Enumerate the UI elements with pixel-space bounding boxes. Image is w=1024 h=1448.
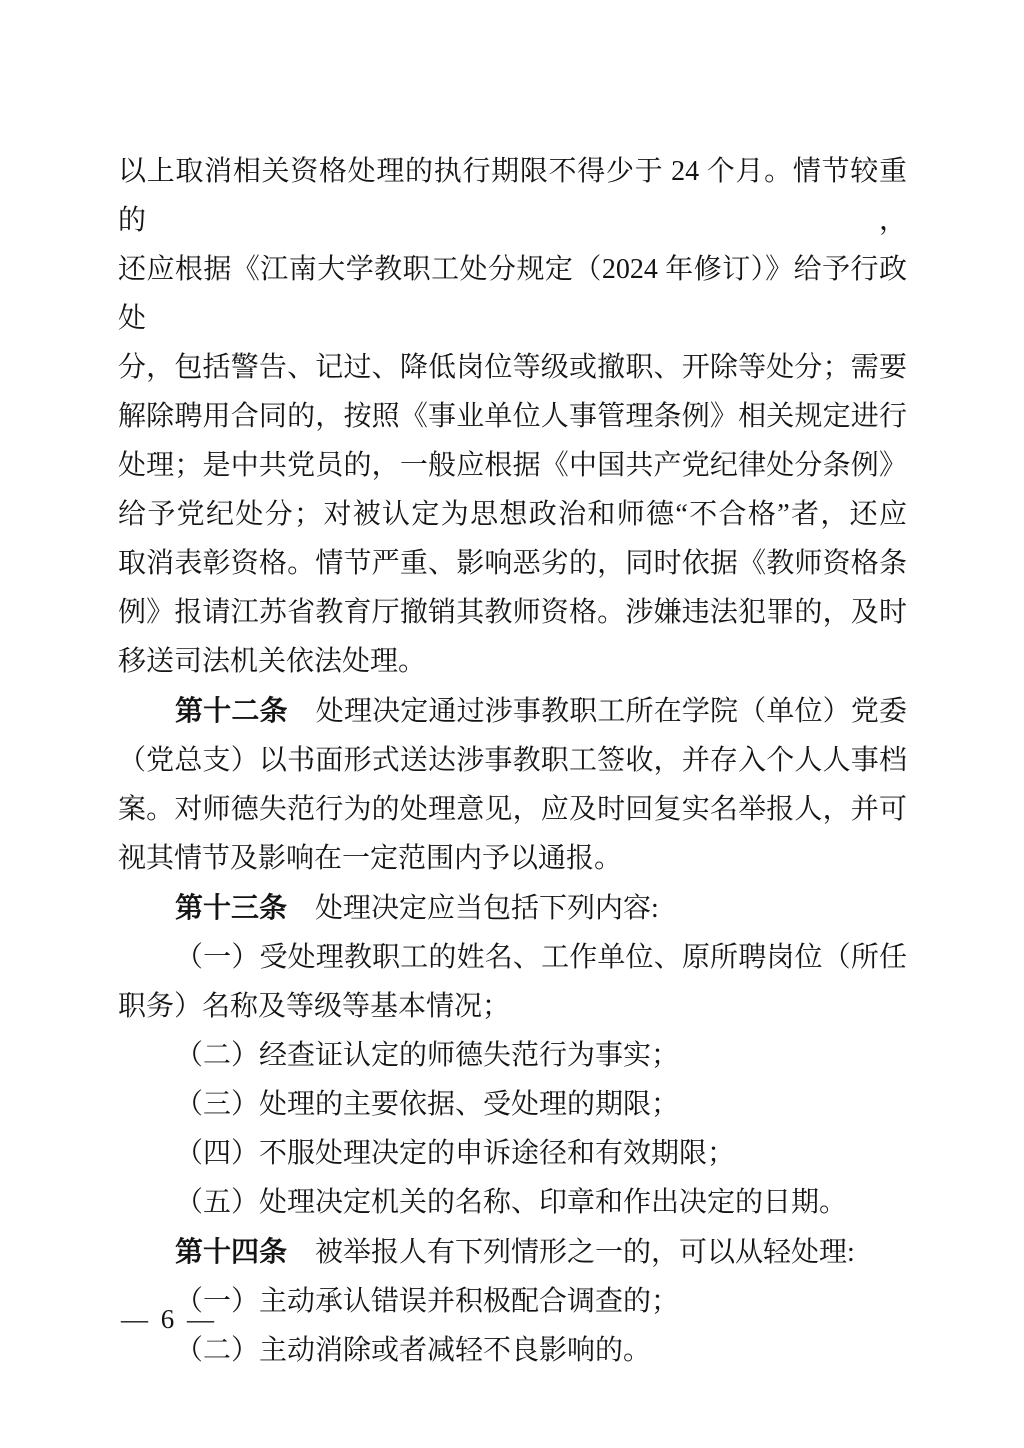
text-line: 例》报请江苏省教育厅撤销其教师资格。涉嫌违法犯罪的，及时 xyxy=(118,588,907,637)
text-segment: （党总支）以书面形式送达涉事教职工签收，并存入个人人事档 xyxy=(118,745,907,776)
text-segment: 例》报请江苏省教育厅撤销其教师资格。涉嫌违法犯罪的，及时 xyxy=(118,597,907,628)
document-page: 以上取消相关资格处理的执行期限不得少于 24 个月。情节较重的，还应根据《江南大… xyxy=(0,0,1024,1448)
text-segment: 以上取消相关资格处理的执行期限不得少于 24 个月。情节较重的， xyxy=(118,156,907,236)
text-line: （一）受处理教职工的姓名、工作单位、原所聘岗位（所任 xyxy=(118,933,907,982)
text-line: 分，包括警告、记过、降低岗位等级或撤职、开除等处分；需要 xyxy=(118,343,907,392)
text-line: 移送司法机关依法处理。 xyxy=(118,637,907,686)
text-line: 取消表彰资格。情节严重、影响恶劣的，同时依据《教师资格条 xyxy=(118,539,907,588)
text-line: 第十二条 处理决定通过涉事教职工所在学院（单位）党委 xyxy=(118,686,907,736)
text-segment: 解除聘用合同的，按照《事业单位人事管理条例》相关规定进行 xyxy=(118,401,907,432)
text-segment: 分，包括警告、记过、降低岗位等级或撤职、开除等处分；需要 xyxy=(118,352,907,383)
text-line: 第十四条 被举报人有下列情形之一的，可以从轻处理: xyxy=(118,1227,907,1277)
text-line: 给予党纪处分；对被认定为思想政治和师德“不合格”者，还应 xyxy=(118,490,907,539)
text-segment: （一）主动承认错误并积极配合调查的； xyxy=(175,1286,679,1317)
text-segment: （二）主动消除或者减轻不良影响的。 xyxy=(175,1335,651,1366)
text-segment: 还应根据《江南大学教职工处分规定（2024 年修订）》给予行政处 xyxy=(118,254,907,334)
text-line: 处理；是中共党员的，一般应根据《中国共产党纪律处分条例》 xyxy=(118,441,907,490)
text-segment: 取消表彰资格。情节严重、影响恶劣的，同时依据《教师资格条 xyxy=(118,548,907,579)
text-line: 第十三条 处理决定应当包括下列内容: xyxy=(118,883,907,933)
page-number: — 6 — xyxy=(121,1302,217,1336)
text-line: 案。对师德失范行为的处理意见，应及时回复实名举报人，并可 xyxy=(118,785,907,834)
text-segment: 给予党纪处分；对被认定为思想政治和师德“不合格”者，还应 xyxy=(118,499,907,530)
text-line: 解除聘用合同的，按照《事业单位人事管理条例》相关规定进行 xyxy=(118,392,907,441)
text-segment: 移送司法机关依法处理。 xyxy=(118,646,426,677)
text-segment: 视其情节及影响在一定范围内予以通报。 xyxy=(118,843,622,874)
text-line: 以上取消相关资格处理的执行期限不得少于 24 个月。情节较重的， xyxy=(118,147,907,245)
text-segment: 被举报人有下列情形之一的，可以从轻处理: xyxy=(287,1237,855,1268)
text-segment: 职务）名称及等级等基本情况； xyxy=(118,991,510,1022)
text-segment: 处理决定应当包括下列内容: xyxy=(287,893,659,924)
text-segment: （二）经查证认定的师德失范行为事实； xyxy=(175,1040,679,1071)
text-line: （一）主动承认错误并积极配合调查的； xyxy=(118,1277,907,1326)
text-segment: （三）处理的主要依据、受处理的期限； xyxy=(175,1089,679,1120)
text-segment: （四）不服处理决定的申诉途径和有效期限； xyxy=(175,1138,735,1169)
text-line: （五）处理决定机关的名称、印章和作出决定的日期。 xyxy=(118,1178,907,1227)
text-segment: （五）处理决定机关的名称、印章和作出决定的日期。 xyxy=(175,1187,847,1218)
text-line: （二）主动消除或者减轻不良影响的。 xyxy=(118,1326,907,1375)
document-body: 以上取消相关资格处理的执行期限不得少于 24 个月。情节较重的，还应根据《江南大… xyxy=(118,147,907,1375)
text-line: 视其情节及影响在一定范围内予以通报。 xyxy=(118,834,907,883)
text-segment: 处理决定通过涉事教职工所在学院（单位）党委 xyxy=(288,696,907,727)
text-line: （四）不服处理决定的申诉途径和有效期限； xyxy=(118,1129,907,1178)
text-line: （党总支）以书面形式送达涉事教职工签收，并存入个人人事档 xyxy=(118,736,907,785)
text-line: 职务）名称及等级等基本情况； xyxy=(118,982,907,1031)
article-number: 第十二条 xyxy=(175,695,288,726)
article-number: 第十三条 xyxy=(175,892,287,923)
text-segment: （一）受处理教职工的姓名、工作单位、原所聘岗位（所任 xyxy=(175,942,907,973)
text-line: （二）经查证认定的师德失范行为事实； xyxy=(118,1031,907,1080)
article-number: 第十四条 xyxy=(175,1236,287,1267)
text-segment: 案。对师德失范行为的处理意见，应及时回复实名举报人，并可 xyxy=(118,794,907,825)
text-line: （三）处理的主要依据、受处理的期限； xyxy=(118,1080,907,1129)
text-line: 还应根据《江南大学教职工处分规定（2024 年修订）》给予行政处 xyxy=(118,245,907,343)
text-segment: 处理；是中共党员的，一般应根据《中国共产党纪律处分条例》 xyxy=(118,450,907,481)
